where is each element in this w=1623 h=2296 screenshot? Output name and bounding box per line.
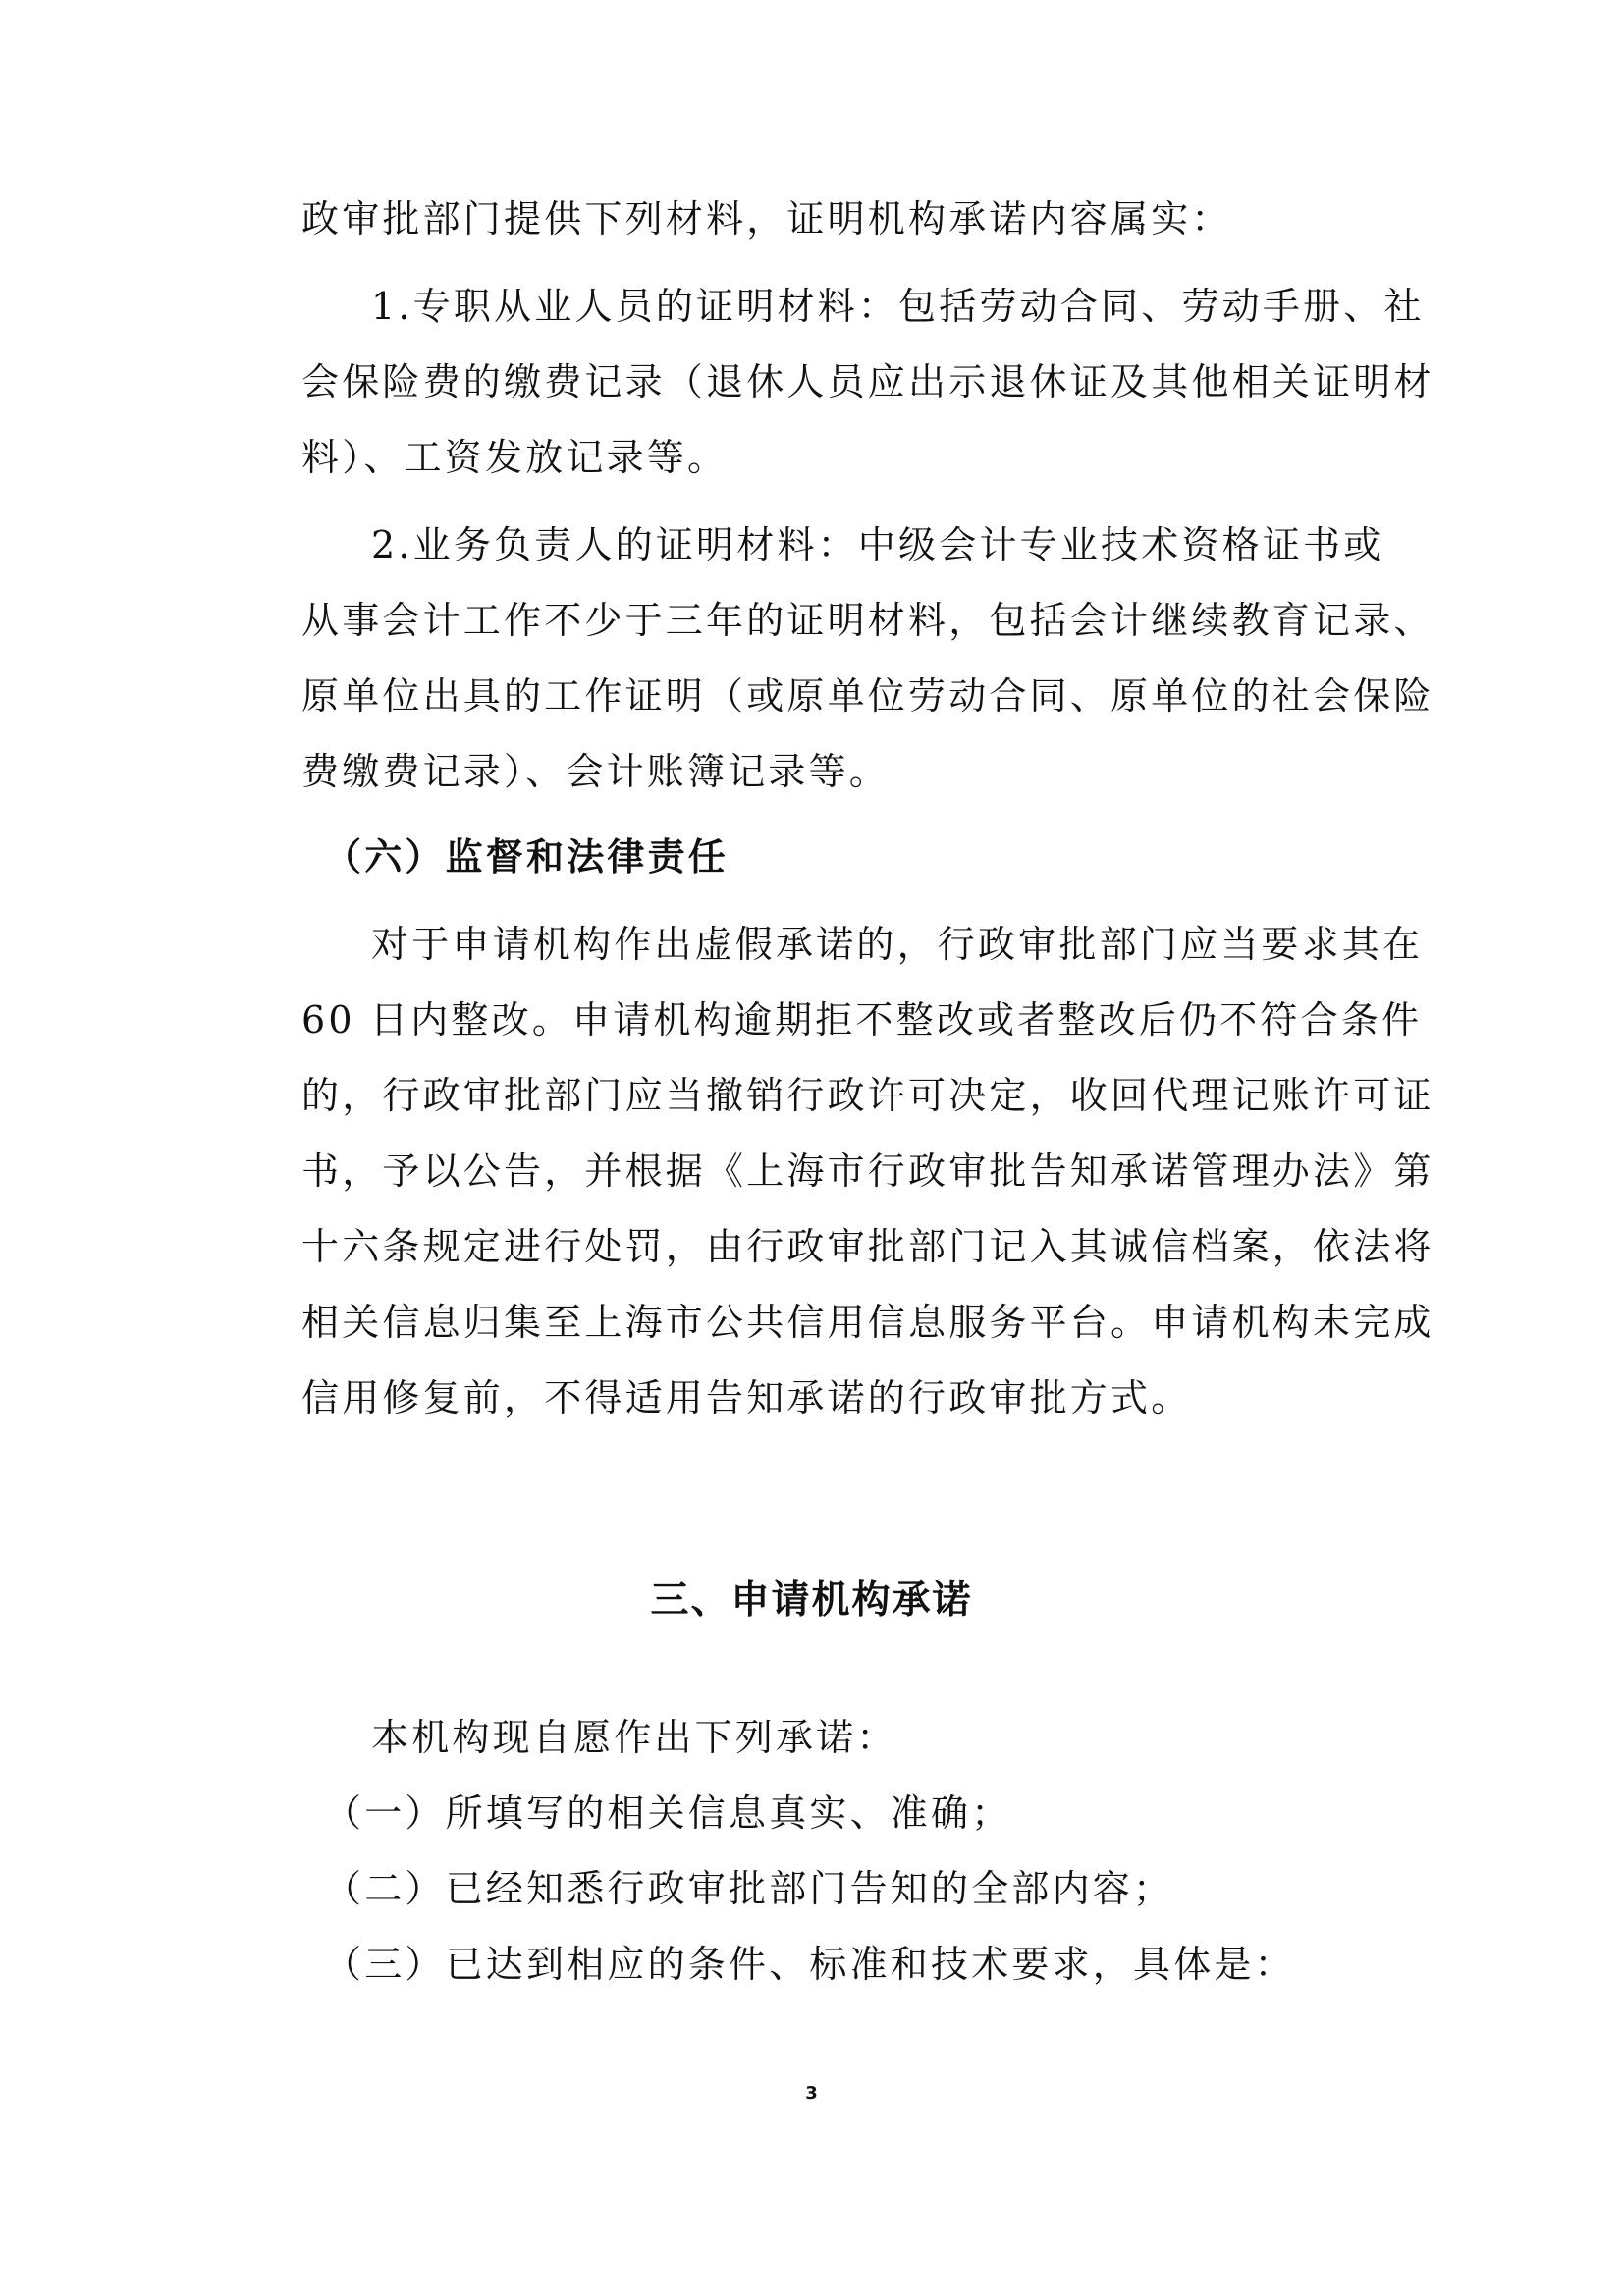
- commitment-intro: 本机构现自愿作出下列承诺：: [371, 1713, 1441, 1762]
- subsection-heading: （六）监督和法律责任: [324, 832, 1394, 881]
- paragraph-line: 1.专职从业人员的证明材料：包括劳动合同、劳动手册、社: [371, 282, 1441, 331]
- section-title: 三、申请机构承诺: [0, 1575, 1623, 1625]
- paragraph-line: 十六条规定进行处罚，由行政审批部门记入其诚信档案，依法将: [301, 1222, 1372, 1271]
- paragraph-line: 会保险费的缴费记录（退休人员应出示退休证及其他相关证明材: [301, 357, 1372, 406]
- paragraph-line: 料）、工资发放记录等。: [301, 433, 1372, 482]
- paragraph-line: 60 日内整改。申请机构逾期拒不整改或者整改后仍不符合条件: [301, 995, 1372, 1044]
- document-page: 政审批部门提供下列材料，证明机构承诺内容属实： 1.专职从业人员的证明材料：包括…: [0, 0, 1623, 2296]
- paragraph-line: 的，行政审批部门应当撤销行政许可决定，收回代理记账许可证: [301, 1071, 1372, 1120]
- commitment-item: （二）已经知悉行政审批部门告知的全部内容；: [324, 1864, 1394, 1913]
- page-number: 3: [0, 2083, 1623, 2104]
- commitment-item: （三）已达到相应的条件、标准和技术要求，具体是：: [324, 1940, 1394, 1989]
- paragraph-line: 原单位出具的工作证明（或原单位劳动合同、原单位的社会保险: [301, 671, 1372, 721]
- paragraph-line: 相关信息归集至上海市公共信用信息服务平台。申请机构未完成: [301, 1298, 1372, 1347]
- paragraph-line: 政审批部门提供下列材料，证明机构承诺内容属实：: [301, 194, 1372, 243]
- paragraph-line: 2.业务负责人的证明材料：中级会计专业技术资格证书或: [371, 520, 1441, 569]
- commitment-item: （一）所填写的相关信息真实、准确；: [324, 1789, 1394, 1838]
- paragraph-line: 费缴费记录）、会计账簿记录等。: [301, 747, 1372, 796]
- paragraph-line: 从事会计工作不少于三年的证明材料，包括会计继续教育记录、: [301, 596, 1372, 645]
- paragraph-line: 信用修复前，不得适用告知承诺的行政审批方式。: [301, 1373, 1372, 1422]
- paragraph-line: 书，予以公告，并根据《上海市行政审批告知承诺管理办法》第: [301, 1147, 1372, 1196]
- paragraph-line: 对于申请机构作出虚假承诺的，行政审批部门应当要求其在: [371, 920, 1441, 969]
